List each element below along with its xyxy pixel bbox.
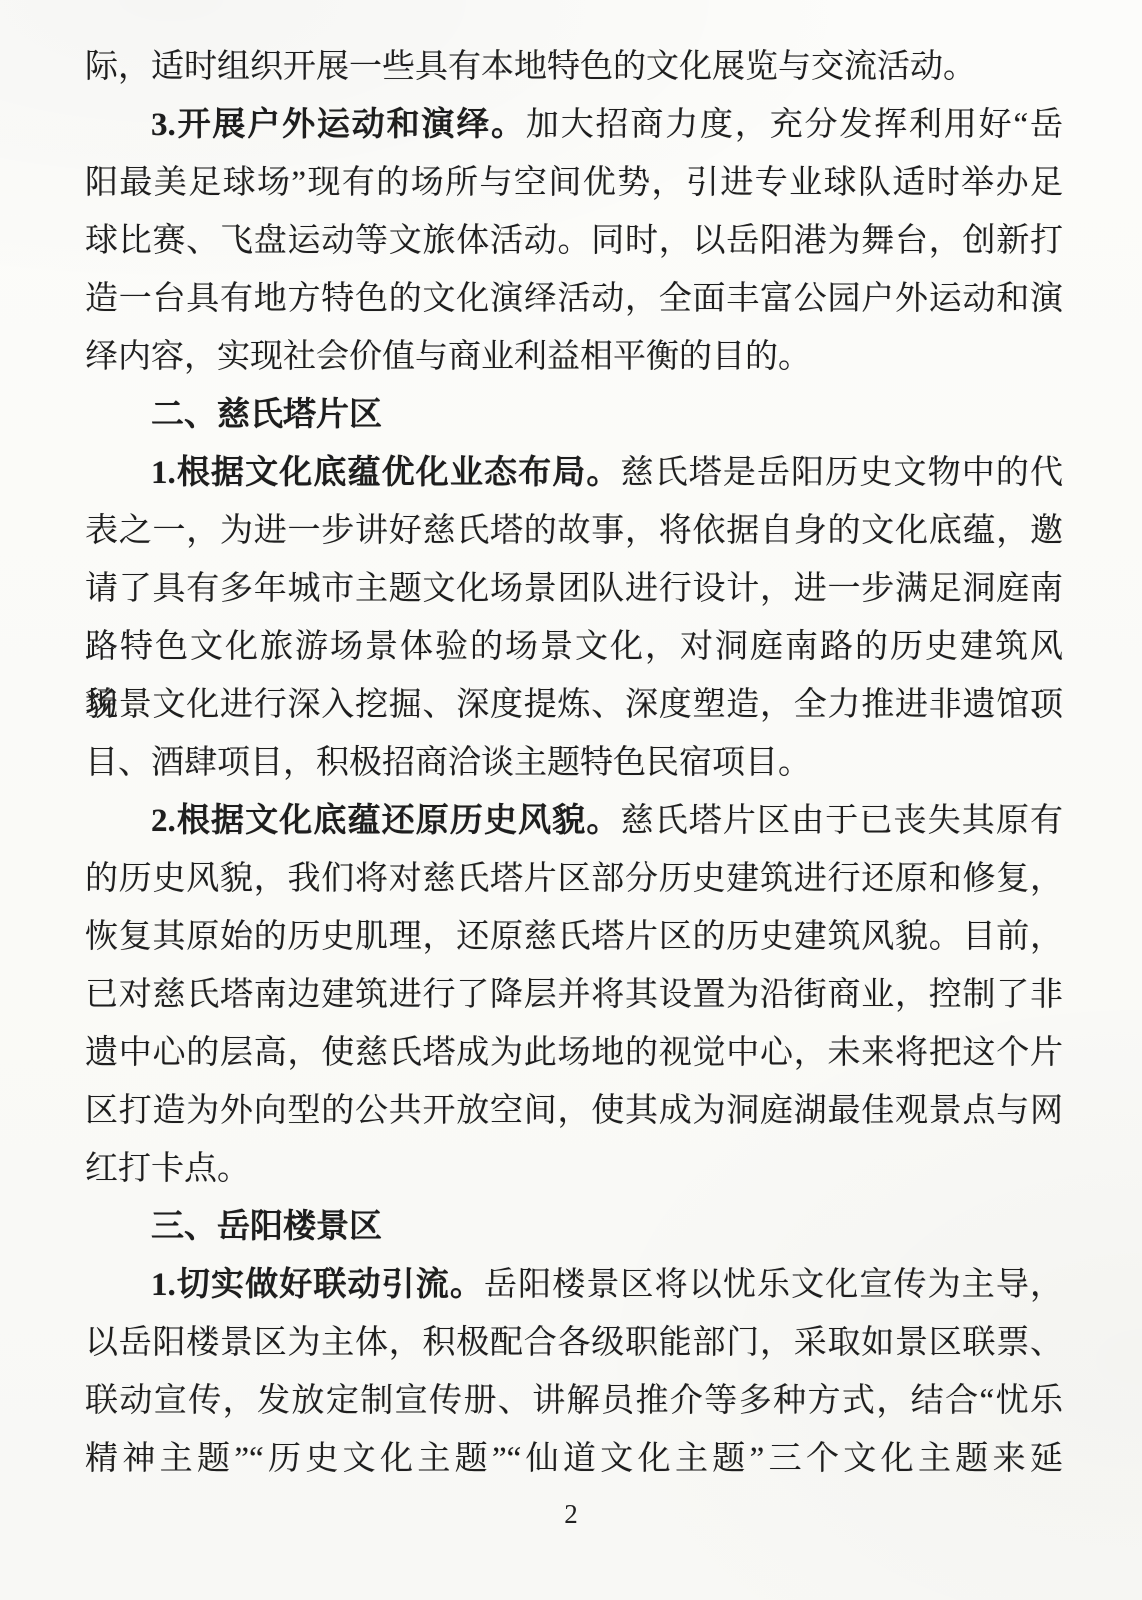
- line-text: 联动宣传，发放定制宣传册、讲解员推介等多种方式，结合“忧乐: [85, 1383, 1063, 1419]
- text-line: 以岳阳楼景区为主体，积极配合各级职能部门，采取如景区联票、: [85, 1314, 1063, 1372]
- line-text: 区打造为外向型的公共开放空间，使其成为洞庭湖最佳观景点与网: [85, 1093, 1063, 1129]
- line-text: 加大招商力度，充分发挥利用好“岳: [526, 107, 1063, 143]
- text-line: 1.切实做好联动引流。岳阳楼景区将以忧乐文化宣传为主导，: [85, 1256, 1063, 1314]
- section-heading: 二、慈氏塔片区: [85, 386, 1063, 444]
- text-line: 1.根据文化底蕴优化业态布局。慈氏塔是岳阳历史文物中的代: [85, 444, 1063, 502]
- text-line: 表之一，为进一步讲好慈氏塔的故事，将依据自身的文化底蕴，邀: [85, 502, 1063, 560]
- line-text: 慈氏塔片区由于已丧失其原有: [621, 803, 1064, 839]
- text-line: 目、酒肆项目，积极招商洽谈主题特色民宿项目。: [85, 734, 1063, 792]
- bold-lead-in: 3.开展户外运动和演绎。: [151, 107, 526, 143]
- text-line: 造一台具有地方特色的文化演绎活动，全面丰富公园户外运动和演: [85, 270, 1063, 328]
- text-line: 路特色文化旅游场景体验的场景文化，对洞庭南路的历史建筑风貌、: [85, 618, 1063, 676]
- line-text: 红打卡点。: [85, 1151, 250, 1187]
- text-line: 已对慈氏塔南边建筑进行了降层并将其设置为沿街商业，控制了非: [85, 966, 1063, 1024]
- line-text: 造一台具有地方特色的文化演绎活动，全面丰富公园户外运动和演: [85, 281, 1063, 317]
- text-line: 红打卡点。: [85, 1140, 1063, 1198]
- text-line: 2.根据文化底蕴还原历史风貌。慈氏塔片区由于已丧失其原有: [85, 792, 1063, 850]
- text-line: 的历史风貌，我们将对慈氏塔片区部分历史建筑进行还原和修复，: [85, 850, 1063, 908]
- text-line: 联动宣传，发放定制宣传册、讲解员推介等多种方式，结合“忧乐: [85, 1372, 1063, 1430]
- text-line: 请了具有多年城市主题文化场景团队进行设计，进一步满足洞庭南: [85, 560, 1063, 618]
- text-line: 际，适时组织开展一些具有本地特色的文化展览与交流活动。: [85, 38, 1063, 96]
- section-heading: 三、岳阳楼景区: [85, 1198, 1063, 1256]
- text-line: 球比赛、飞盘运动等文旅体活动。同时，以岳阳港为舞台，创新打: [85, 212, 1063, 270]
- line-text: 遗中心的层高，使慈氏塔成为此场地的视觉中心，未来将把这个片: [85, 1035, 1063, 1071]
- line-text: 慈氏塔是岳阳历史文物中的代: [621, 455, 1064, 491]
- line-text: 已对慈氏塔南边建筑进行了降层并将其设置为沿街商业，控制了非: [85, 977, 1063, 1013]
- bold-lead-in: 2.根据文化底蕴还原历史风貌。: [151, 803, 621, 839]
- text-line: 区打造为外向型的公共开放空间，使其成为洞庭湖最佳观景点与网: [85, 1082, 1063, 1140]
- line-text: 岳阳楼景区将以忧乐文化宣传为主导，: [484, 1267, 1063, 1303]
- bold-lead-in: 1.根据文化底蕴优化业态布局。: [151, 455, 621, 491]
- line-text: 球比赛、飞盘运动等文旅体活动。同时，以岳阳港为舞台，创新打: [85, 223, 1063, 259]
- text-line: 3.开展户外运动和演绎。加大招商力度，充分发挥利用好“岳: [85, 96, 1063, 154]
- line-text: 绎内容，实现社会价值与商业利益相平衡的目的。: [85, 339, 811, 375]
- line-text: 恢复其原始的历史肌理，还原慈氏塔片区的历史建筑风貌。目前，: [85, 919, 1063, 955]
- text-line: 恢复其原始的历史肌理，还原慈氏塔片区的历史建筑风貌。目前，: [85, 908, 1063, 966]
- line-text: 目、酒肆项目，积极招商洽谈主题特色民宿项目。: [85, 745, 811, 781]
- line-text: 表之一，为进一步讲好慈氏塔的故事，将依据自身的文化底蕴，邀: [85, 513, 1063, 549]
- line-text: 际，适时组织开展一些具有本地特色的文化展览与交流活动。: [85, 49, 976, 85]
- page-number: 2: [0, 1492, 1142, 1536]
- line-text: 的历史风貌，我们将对慈氏塔片区部分历史建筑进行还原和修复，: [85, 861, 1063, 897]
- text-line: 阳最美足球场”现有的场所与空间优势，引进专业球队适时举办足: [85, 154, 1063, 212]
- line-text: 场景文化进行深入挖掘、深度提炼、深度塑造，全力推进非遗馆项: [85, 687, 1063, 723]
- text-line: 绎内容，实现社会价值与商业利益相平衡的目的。: [85, 328, 1063, 386]
- line-text: 精神主题”“历史文化主题”“仙道文化主题”三个文化主题来延: [85, 1441, 1063, 1477]
- bold-lead-in: 1.切实做好联动引流。: [151, 1267, 484, 1303]
- line-text: 请了具有多年城市主题文化场景团队进行设计，进一步满足洞庭南: [85, 571, 1063, 607]
- text-line: 遗中心的层高，使慈氏塔成为此场地的视觉中心，未来将把这个片: [85, 1024, 1063, 1082]
- line-text: 阳最美足球场”现有的场所与空间优势，引进专业球队适时举办足: [85, 165, 1063, 201]
- text-line: 精神主题”“历史文化主题”“仙道文化主题”三个文化主题来延: [85, 1430, 1063, 1488]
- section-heading-label: 二、慈氏塔片区: [151, 397, 382, 433]
- text-line: 场景文化进行深入挖掘、深度提炼、深度塑造，全力推进非遗馆项: [85, 676, 1063, 734]
- section-heading-label: 三、岳阳楼景区: [151, 1209, 382, 1245]
- document-body: 际，适时组织开展一些具有本地特色的文化展览与交流活动。3.开展户外运动和演绎。加…: [85, 38, 1063, 1488]
- scanned-document-page: 际，适时组织开展一些具有本地特色的文化展览与交流活动。3.开展户外运动和演绎。加…: [0, 0, 1142, 1600]
- line-text: 以岳阳楼景区为主体，积极配合各级职能部门，采取如景区联票、: [85, 1325, 1063, 1361]
